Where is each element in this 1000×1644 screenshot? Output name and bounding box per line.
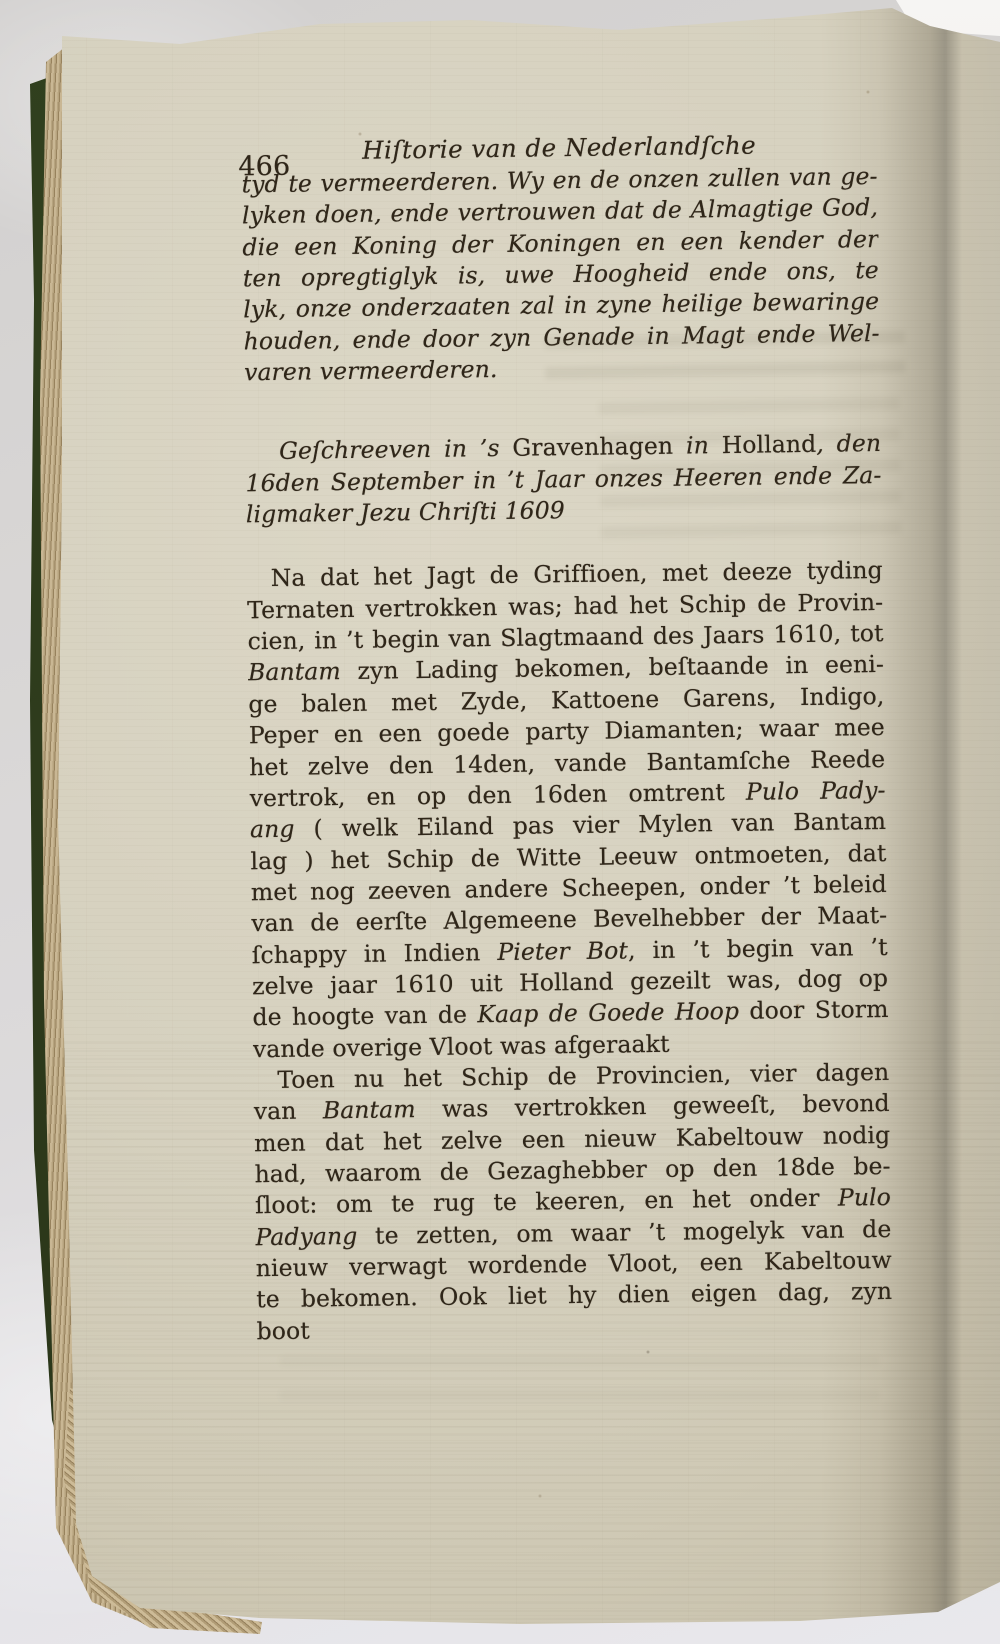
italic-text: 16den September in ’t Jaar onzes Heeren …	[245, 461, 881, 497]
italic-text: Padyang	[255, 1221, 375, 1251]
roman-text: , in ’t begin van ’t	[628, 933, 888, 964]
roman-text: vande overige Vloot was afgeraakt	[253, 1029, 670, 1062]
roman-text: Gravenhagen	[512, 432, 686, 462]
italic-text: Pulo Pady-	[746, 776, 886, 806]
book-photo: 466 Hiſtorie van de Nederlandſche tyd te…	[0, 0, 1000, 1644]
letter-closing: tyd te vermeerderen. Wy en de onzen zull…	[241, 161, 880, 389]
book-page: 466 Hiſtorie van de Nederlandſche tyd te…	[0, 0, 1000, 1644]
italic-text: Bantam	[323, 1095, 442, 1125]
printed-content: 466 Hiſtorie van de Nederlandſche tyd te…	[0, 0, 1000, 1644]
roman-text: van de eerſte Algemeene Bevelhebber der …	[251, 901, 887, 937]
roman-text: Holland	[722, 430, 817, 459]
italic-text: houden, ende door zyn Genade in Magt end…	[243, 319, 879, 355]
italic-text: in	[686, 431, 722, 459]
dateline: Geſchreeven in ’s Gravenhagen in Holland…	[245, 428, 882, 530]
narrative: Na dat het Jagt de Griffioen, met deeze …	[247, 555, 893, 1316]
italic-text: Kaap de Goede Hoop	[477, 997, 749, 1029]
roman-text: door Storm	[749, 995, 888, 1025]
roman-text: van	[254, 1097, 323, 1126]
italic-text: lyken doen, ende vertrouwen dat de Almag…	[242, 193, 878, 229]
text-blocks: tyd te vermeerderen. Wy en de onzen zull…	[241, 161, 892, 1316]
roman-text: te bekomen. Ook liet hy dien eigen dag, …	[256, 1277, 892, 1313]
italic-text: Pieter Bot	[497, 936, 628, 966]
italic-text: varen vermeerderen.	[244, 355, 498, 386]
roman-text: ſchappy in Indien	[252, 938, 498, 969]
italic-text: ang	[250, 815, 314, 844]
italic-text: Geſchreeven in ’s	[279, 434, 513, 465]
italic-text: Pulo	[838, 1183, 891, 1212]
roman-text: de hoogte van de	[252, 1001, 477, 1032]
roman-text: ſloot: om te rug te keeren, en het onder	[255, 1184, 838, 1220]
roman-text: was vertrokken geweeſt, bevond	[442, 1089, 890, 1123]
roman-text: te zetten, om waar ’t mogelyk van de	[375, 1215, 892, 1250]
roman-text: vertrok, en op den 16den omtrent	[249, 778, 746, 812]
roman-text: ( welk Eiland pas vier Mylen van Bantam	[313, 807, 886, 842]
italic-text: ligmaker Jezu Chriſti 1609	[246, 496, 565, 528]
page-text: tyd te vermeerderen. Wy en de onzen zull…	[241, 161, 892, 1347]
roman-text: zyn Lading bekomen, beſtaande in eeni-	[357, 650, 884, 685]
running-title: Hiſtorie van de Nederlandſche	[241, 129, 877, 166]
roman-text: Peper en een goede party Diamanten; waar…	[249, 713, 885, 749]
italic-text: Bantam	[248, 657, 358, 686]
italic-text: , den	[816, 429, 881, 458]
